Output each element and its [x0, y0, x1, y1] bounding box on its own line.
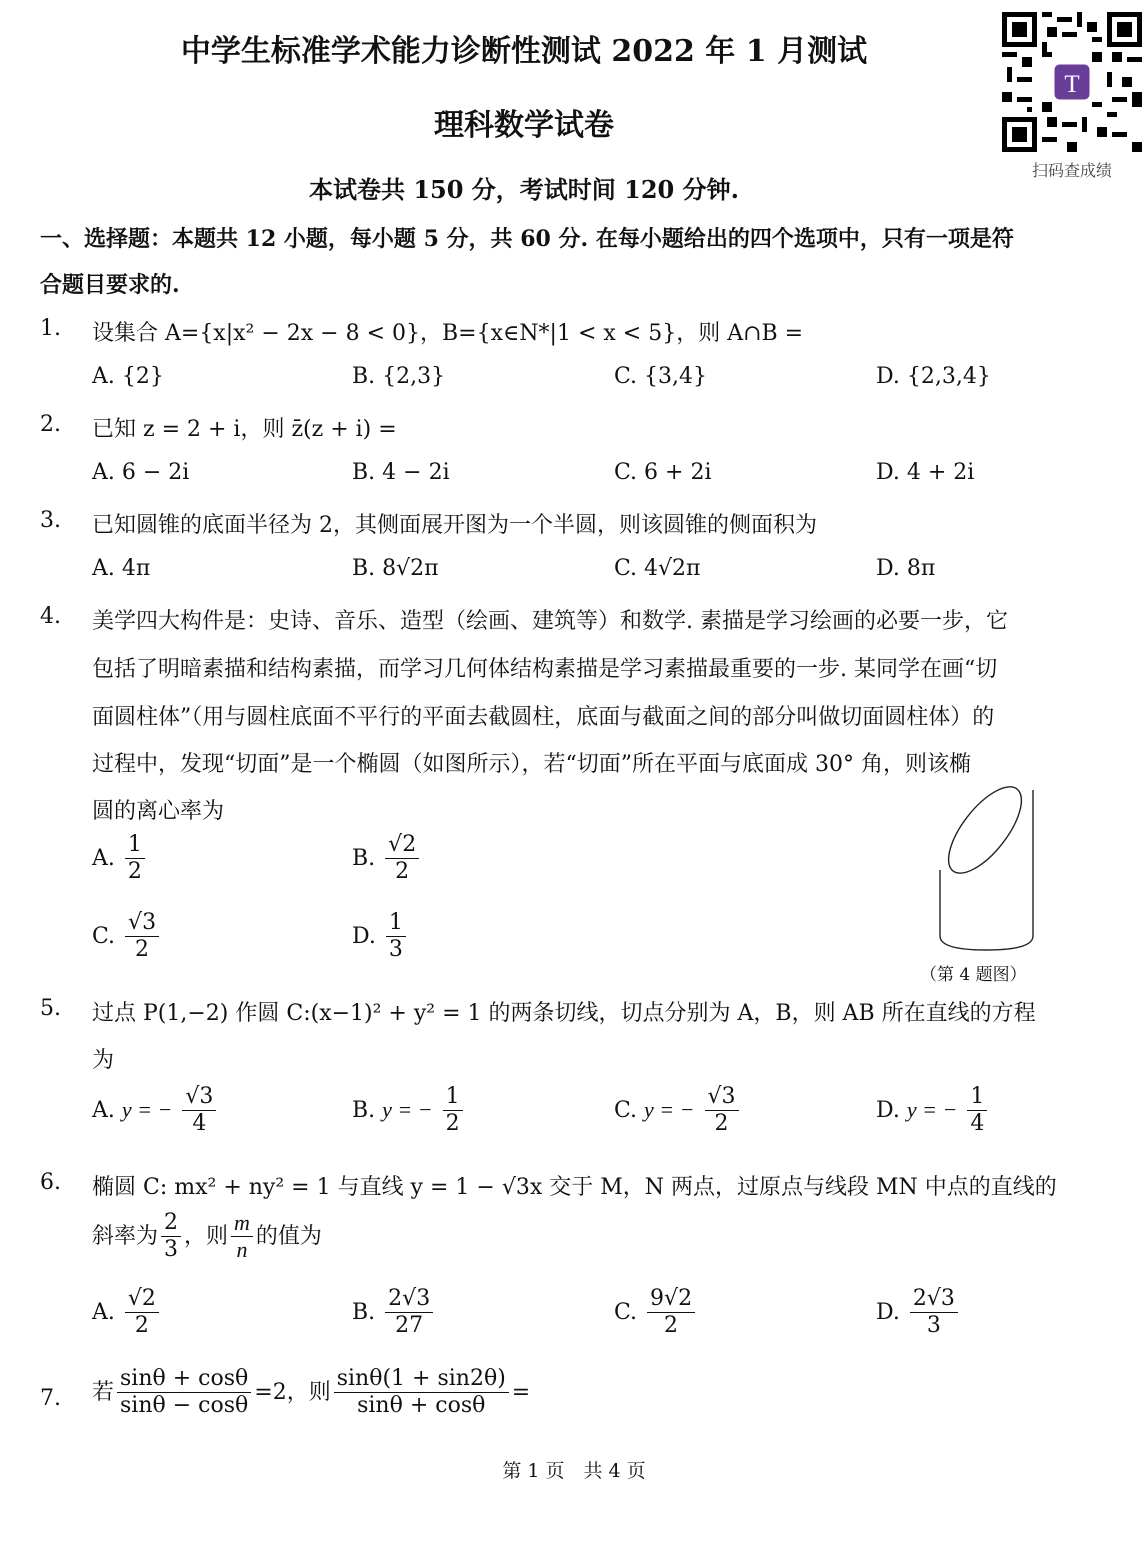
- qr-label: 扫码查成绩: [1002, 158, 1142, 181]
- question-text-line: 包括了明暗素描和结构素描，而学习几何体结构素描是学习素描最重要的一步. 某同学在…: [92, 652, 997, 683]
- question-text-line: 斜率为23，则mn的值为: [92, 1210, 322, 1264]
- option-b: B. √22: [352, 832, 422, 886]
- option-d: D. 8π: [876, 556, 935, 581]
- figure-caption: （第 4 题图）: [920, 960, 1027, 985]
- question-number: 6.: [40, 1170, 61, 1195]
- option-a: A. √22: [92, 1286, 162, 1340]
- question-number: 7.: [40, 1386, 61, 1411]
- option-c: C. y = − √32: [614, 1084, 742, 1138]
- qr-code-icon: T: [1002, 12, 1142, 152]
- cut-cylinder-figure: [925, 778, 1045, 953]
- question-text: 设集合 A={x|x² − 2x − 8 < 0}，B={x∈N*|1 < x …: [92, 316, 803, 347]
- question-number: 5.: [40, 996, 61, 1021]
- qr-code[interactable]: T: [1002, 12, 1142, 152]
- question-number: 2.: [40, 412, 61, 437]
- option-b: B. {2,3}: [352, 364, 445, 389]
- option-d: D. {2,3,4}: [876, 364, 991, 389]
- option-b: B. 4 − 2i: [352, 460, 450, 485]
- option-a: A. y = − √34: [92, 1084, 219, 1138]
- question-text: 已知圆锥的底面半径为 2，其侧面展开图为一个半圆，则该圆锥的侧面积为: [92, 508, 817, 539]
- exam-info: 本试卷共 150 分，考试时间 120 分钟.: [0, 170, 1048, 205]
- option-a: A. 4π: [92, 556, 150, 581]
- question-number: 4.: [40, 604, 61, 629]
- option-c: C. 6 + 2i: [614, 460, 712, 485]
- question-number: 1.: [40, 316, 61, 341]
- question-text-line: 美学四大构件是：史诗、音乐、造型（绘画、建筑等）和数学. 素描是学习绘画的必要一…: [92, 604, 1008, 635]
- option-b: B. 8√2π: [352, 556, 439, 581]
- option-a: A. 6 − 2i: [92, 460, 189, 485]
- question-text-line: 过点 P(1,−2) 作圆 C:(x−1)² + y² = 1 的两条切线，切点…: [92, 996, 1036, 1027]
- option-b: B. 2√327: [352, 1286, 436, 1340]
- option-c: C. {3,4}: [614, 364, 707, 389]
- question-text-line: 椭圆 C: mx² + ny² = 1 与直线 y = 1 − √3x 交于 M…: [92, 1170, 1057, 1201]
- option-c: C. √32: [92, 910, 162, 964]
- question-text-line: 面圆柱体”（用与圆柱底面不平行的平面去截圆柱，底面与截面之间的部分叫做切面圆柱体…: [92, 700, 994, 731]
- question-text-line: 过程中，发现“切面”是一个椭圆（如图所示），若“切面”所在平面与底面成 30° …: [92, 747, 971, 778]
- question-text-line: 为: [92, 1043, 114, 1074]
- option-d: D. 13: [352, 910, 409, 964]
- option-c: C. 9√22: [614, 1286, 698, 1340]
- svg-text:T: T: [1064, 71, 1079, 98]
- page-footer: 第 1 页 共 4 页: [0, 1456, 1148, 1483]
- question-number: 3.: [40, 508, 61, 533]
- question-text: 已知 z = 2 + i，则 z̄(z + i) =: [92, 412, 397, 443]
- option-c: C. 4√2π: [614, 556, 701, 581]
- section-1-heading: 一、选择题：本题共 12 小题，每小题 5 分，共 60 分. 在每小题给出的四…: [40, 222, 1014, 253]
- option-d: D. 4 + 2i: [876, 460, 974, 485]
- question-text: 若sinθ + cosθsinθ − cosθ=2，则sinθ(1 + sin2…: [92, 1366, 530, 1420]
- option-d: D. 2√33: [876, 1286, 961, 1340]
- question-text-line: 圆的离心率为: [92, 794, 224, 825]
- option-b: B. y = − 12: [352, 1084, 466, 1138]
- section-1-heading-cont: 合题目要求的.: [40, 268, 180, 299]
- exam-subtitle: 理科数学试卷: [0, 100, 1048, 144]
- option-a: A. {2}: [92, 364, 164, 389]
- option-d: D. y = − 14: [876, 1084, 990, 1138]
- option-a: A. 12: [92, 832, 148, 886]
- exam-title: 中学生标准学术能力诊断性测试 2022 年 1 月测试: [0, 26, 1048, 70]
